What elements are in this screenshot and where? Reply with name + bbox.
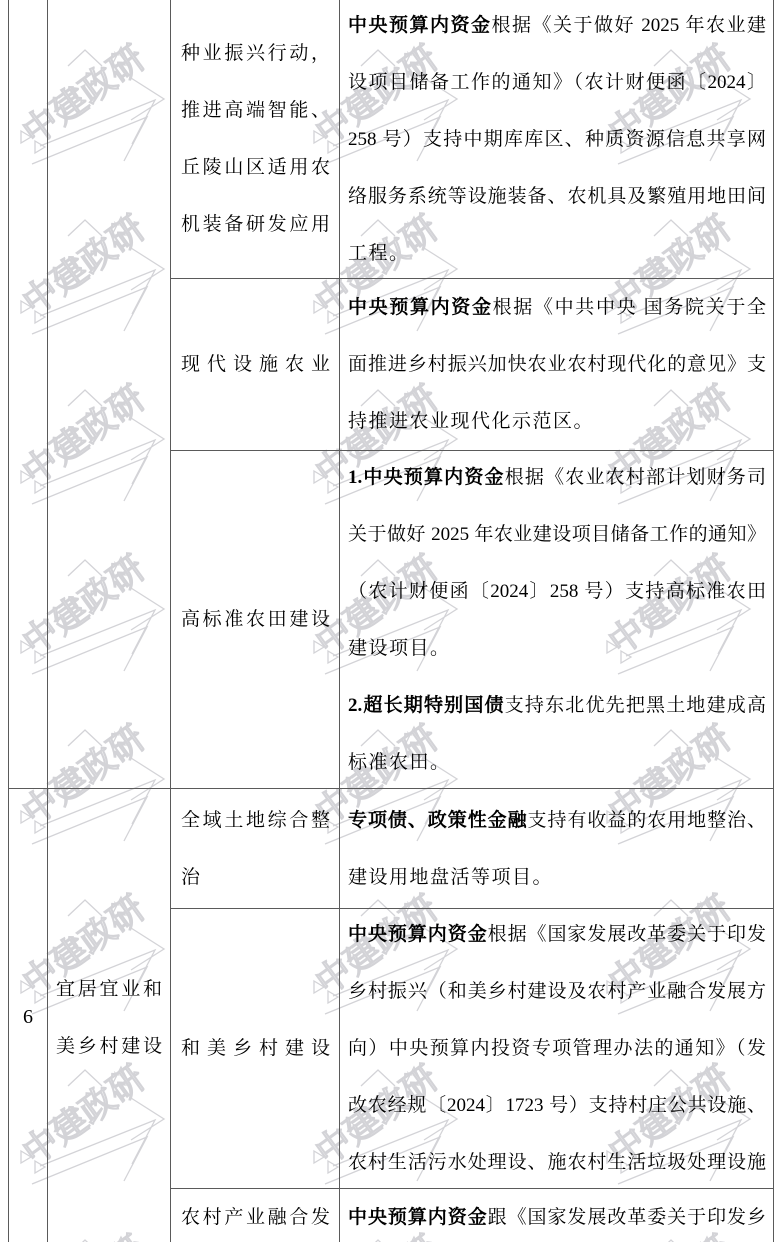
- sub-item-line: 种业振兴行动，: [181, 25, 330, 82]
- description-line: 乡村振兴（和美乡村建设及农村产业融合发展方: [348, 963, 766, 1020]
- description-cell: 专项债、政策性金融支持有收益的农用地整治、建设用地盘活等项目。: [340, 789, 773, 908]
- sub-item-cell: 现代设施农业: [171, 279, 340, 450]
- category-cell: [48, 0, 171, 788]
- description-line: 络服务系统等设施装备、农机具及繁殖用地田间: [348, 168, 766, 225]
- description-line: 2.超长期特别国债支持东北优先把黑土地建成高: [348, 677, 766, 734]
- description-cell: 中央预算内资金跟《国家发展改革委关于印发乡: [340, 1189, 773, 1242]
- description-cell: 中央预算内资金根据《关于做好 2025 年农业建设项目储备工作的通知》（农计财便…: [340, 0, 773, 278]
- description-line: 农村生活污水处理设、施农村生活垃圾处理设施: [348, 1134, 766, 1191]
- description-line: 建设项目。: [348, 620, 766, 677]
- sub-item-cell: 种业振兴行动，推进高端智能、丘陵山区适用农机装备研发应用: [171, 0, 340, 278]
- sub-item-cell: 和美乡村建设: [171, 909, 340, 1188]
- funding-source-bold: 中央预算内资金: [348, 924, 488, 945]
- sub-item-line: 现代设施农业: [181, 336, 330, 393]
- description-line: 1.中央预算内资金根据《农业农村部计划财务司: [348, 449, 766, 506]
- description-line: 关于做好 2025 年农业建设项目储备工作的通知》: [348, 506, 766, 563]
- row-number-cell: 6: [9, 789, 48, 1242]
- table-row: 种业振兴行动，推进高端智能、丘陵山区适用农机装备研发应用中央预算内资金根据《关于…: [171, 0, 773, 278]
- sub-item-line: 治: [181, 849, 330, 906]
- description-line: 工程。: [348, 225, 766, 282]
- sub-item-line: 全域土地综合整: [181, 792, 330, 849]
- document-page: 中建政研 种业振兴行动，推进高端智能、丘陵山区适用农机装备研发应用中央预算内资金…: [0, 0, 782, 1242]
- description-line: 持推进农业现代化示范区。: [348, 393, 766, 450]
- sub-item-cell: 全域土地综合整治: [171, 789, 340, 908]
- description-line: 中央预算内资金根据《关于做好 2025 年农业建: [348, 0, 766, 54]
- description-line: 向）中央预算内投资专项管理办法的通知》（发: [348, 1020, 766, 1077]
- description-cell: 1.中央预算内资金根据《农业农村部计划财务司关于做好 2025 年农业建设项目储…: [340, 451, 773, 788]
- row-number-cell: [9, 0, 48, 788]
- sub-item-line: 农村产业融合发: [181, 1189, 330, 1242]
- table-row: 和美乡村建设中央预算内资金根据《国家发展改革委关于印发乡村振兴（和美乡村建设及农…: [171, 908, 773, 1188]
- description-line: 专项债、政策性金融支持有收益的农用地整治、: [348, 792, 766, 849]
- policy-funding-table: 种业振兴行动，推进高端智能、丘陵山区适用农机装备研发应用中央预算内资金根据《关于…: [8, 0, 774, 1242]
- sub-item-line: 推进高端智能、: [181, 82, 330, 139]
- description-cell: 中央预算内资金根据《国家发展改革委关于印发乡村振兴（和美乡村建设及农村产业融合发…: [340, 909, 773, 1188]
- row-number: 6: [23, 1006, 33, 1029]
- funding-source-bold: 2.超长期特别国债: [348, 695, 505, 716]
- rows-container: 种业振兴行动，推进高端智能、丘陵山区适用农机装备研发应用中央预算内资金根据《关于…: [171, 0, 773, 788]
- table-row: 现代设施农业中央预算内资金根据《中共中央 国务院关于全面推进乡村振兴加快农业农村…: [171, 278, 773, 450]
- description-line: 改农经规〔2024〕1723 号）支持村庄公共设施、: [348, 1077, 766, 1134]
- description-line: 面推进乡村振兴加快农业农村现代化的意见》支: [348, 336, 766, 393]
- funding-source-bold: 专项债、政策性金融: [348, 810, 528, 831]
- description-line: 中央预算内资金根据《国家发展改革委关于印发: [348, 906, 766, 963]
- funding-source-bold: 1.中央预算内资金: [348, 467, 505, 488]
- description-line: 设项目储备工作的通知》（农计财便函〔2024〕: [348, 54, 766, 111]
- description-line: 标准农田。: [348, 734, 766, 791]
- table-row: 农村产业融合发中央预算内资金跟《国家发展改革委关于印发乡: [171, 1188, 773, 1242]
- rows-container: 全域土地综合整治专项债、政策性金融支持有收益的农用地整治、建设用地盘活等项目。和…: [171, 789, 773, 1242]
- sub-item-line: 机装备研发应用: [181, 196, 330, 253]
- sub-item-line: 和美乡村建设: [181, 1020, 330, 1077]
- table-section-prev: 种业振兴行动，推进高端智能、丘陵山区适用农机装备研发应用中央预算内资金根据《关于…: [9, 0, 773, 788]
- sub-item-line: 丘陵山区适用农: [181, 139, 330, 196]
- funding-source-bold: 中央预算内资金: [348, 15, 492, 36]
- description-line: 258 号）支持中期库库区、种质资源信息共享网: [348, 111, 766, 168]
- funding-source-bold: 中央预算内资金: [348, 1207, 488, 1228]
- description-cell: 中央预算内资金根据《中共中央 国务院关于全面推进乡村振兴加快农业农村现代化的意见…: [340, 279, 773, 450]
- table-row: 高标准农田建设1.中央预算内资金根据《农业农村部计划财务司关于做好 2025 年…: [171, 450, 773, 788]
- description-line: 中央预算内资金跟《国家发展改革委关于印发乡: [348, 1189, 766, 1242]
- description-line: （农计财便函〔2024〕258 号）支持高标准农田: [348, 563, 766, 620]
- sub-item-line: 高标准农田建设: [181, 591, 330, 648]
- description-line: 建设用地盘活等项目。: [348, 849, 766, 906]
- category-line: 美乡村建设: [56, 1018, 162, 1075]
- sub-item-cell: 农村产业融合发: [171, 1189, 340, 1242]
- table-section-6: 6 宜居宜业和美乡村建设 全域土地综合整治专项债、政策性金融支持有收益的农用地整…: [9, 788, 773, 1242]
- funding-source-bold: 中央预算内资金: [348, 297, 493, 318]
- category-line: 宜居宜业和: [56, 961, 162, 1018]
- sub-item-cell: 高标准农田建设: [171, 451, 340, 788]
- category-cell: 宜居宜业和美乡村建设: [48, 789, 171, 1242]
- description-line: 中央预算内资金根据《中共中央 国务院关于全: [348, 279, 766, 336]
- table-row: 全域土地综合整治专项债、政策性金融支持有收益的农用地整治、建设用地盘活等项目。: [171, 789, 773, 908]
